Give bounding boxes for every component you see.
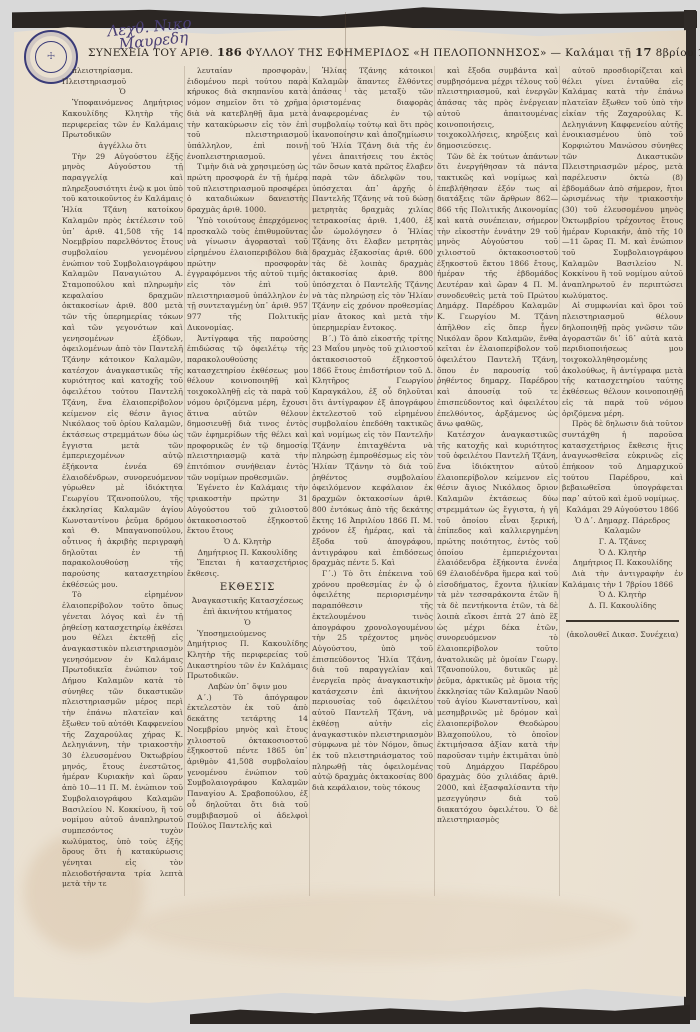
issue-month-year: 8βρίου 1866 <box>656 47 700 59</box>
paragraph: Ὑποσημειούμενος Δημήτριος Π. Κακουλίδης … <box>187 629 308 683</box>
paragraph: Λαβὼν ὑπ᾽ ὄψιν μου <box>187 682 308 693</box>
signature-title: Ὁ Δ. Κλητὴρ <box>187 537 308 548</box>
signature-title: Ὁ Δ΄. Δημαρχ. Πάρεδρος Καλαμῶν <box>562 516 683 537</box>
paragraph: Ἀντίγραφα τῆς παρούσης ἐπιδώσας τῷ ὀφειλ… <box>187 334 308 484</box>
signature-name: Δημήτριος Π. Κακουλίδης <box>187 548 308 559</box>
paragraph: Ἐγένετο ἐν Καλάμαις τὴν τριακοστὴν πρώτη… <box>187 483 308 537</box>
paragraph: Ὑπὸ τοιούτους ἐπερχόμενος προσκαλῶ τοὺς … <box>187 216 308 334</box>
paragraph: Β΄.) Τὸ ἀπὸ εἰκοστῆς τρίτης 23 Μαΐου μην… <box>312 334 433 569</box>
column-3: Ἠλίας Τζάνης κάτοικοι Καλαμῶν ἅπαντες ἔλ… <box>312 66 433 896</box>
paragraph: Α΄.) Τὸ ἀπόγραφον ἐκτελεστὸν ἐκ τοῦ ἀπὸ … <box>187 693 308 832</box>
section-heading: ΕΚΘΕΣΙΣ <box>187 583 308 594</box>
issue-day: 17 <box>635 45 652 59</box>
signature-name: Δ. Π. Κακουλίδης <box>562 601 683 612</box>
paragraph: Πρὸς δὲ δηλωσιν διὰ τοῦτον συντάχθη ἡ πα… <box>562 419 683 505</box>
masthead-prefix: ΣΥΝΕΧΕΙΑ ΤΟΥ ΑΡΙΘ. <box>88 47 213 59</box>
signature-title: Ὁ Δ. Κλητὴρ <box>562 548 683 559</box>
paragraph: Τὴν 29 Αὐγούστου ἐξῆς μηνὸς Αὐγούστου τῇ… <box>62 152 183 591</box>
signature-name: Δημήτριος Π. Κακουλίδης <box>562 558 683 569</box>
paragraph: Διὰ τὴν ἀντιγραφὴν ἐν Καλάμαις τὴν 1 7βρ… <box>562 569 683 590</box>
column-2: λευταίαν προσφορὰν, ἐιδομένου περὶ τούτο… <box>187 66 308 896</box>
section-subheading: Ἀναγκαστικῆς Κατασχέσεως ἐπὶ ἀκινήτου κτ… <box>187 596 308 617</box>
column-1: πλειστηρίασμα. Πλειστηριασμοῦ Ὁ Ὑποφαινό… <box>62 66 183 896</box>
paragraph: πλειστηρίασμα. Πλειστηριασμοῦ <box>62 66 183 87</box>
paragraph: Ὑποφαινόμενος Δημήτριος Κακουλίδης Κλητὴ… <box>62 98 183 141</box>
masthead: ΣΥΝΕΧΕΙΑ ΤΟΥ ΑΡΙΘ. 186 ΦΥΛΛΟΥ ΤΗΣ ΕΦΗΜΕΡ… <box>88 45 688 59</box>
column-4: καὶ ἔξοδα συμβάντα καὶ συμβησόμενα μέχρι… <box>437 66 558 896</box>
masthead-middle: ΦΥΛΛΟΥ ΤΗΣ ΕΦΗΜΕΡΙΔΟΣ «Η ΠΕΛΟΠΟΝΝΗΣΟΣ» —… <box>246 47 631 59</box>
paragraph: καὶ ἔξοδα συμβάντα καὶ συμβησόμενα μέχρι… <box>437 66 558 152</box>
paragraph: Κατέσχον ἀναγκαστικῶς τῆς κατοχῆς καὶ κυ… <box>437 430 558 826</box>
signature-name: Γ. Α. Τζάνες <box>562 537 683 548</box>
paper-stain <box>134 892 634 962</box>
paragraph: Γ΄.) Τὸ ὅτι ἐπέκεινα τοῦ χρόνου προθεσμί… <box>312 569 433 794</box>
paragraph: Τὸ εἰρημένον ἐλαιοπερίβολον τοῦτο ὅπως γ… <box>62 590 183 890</box>
paragraph: Ἕπεται ἡ κατασχετήριος ἔκθεσις. <box>187 558 308 579</box>
paragraph: Ἠλίας Τζάνης κάτοικοι Καλαμῶν ἅπαντες ἔλ… <box>312 66 433 334</box>
paragraph: Τῶν δὲ ἐκ τούτων ἀπάντων ὅτι ἐνεργήθησαν… <box>437 152 558 430</box>
paragraph: Ὁ <box>62 87 183 98</box>
paragraph: ἀγγέλλω ὅτι <box>62 141 183 152</box>
article-columns: πλειστηρίασμα. Πλειστηριασμοῦ Ὁ Ὑποφαινό… <box>62 66 688 896</box>
horizontal-rule <box>566 620 679 622</box>
paragraph: αὐτοῦ προσδιορίζεται καὶ θέλει γίνει ἐντ… <box>562 66 683 301</box>
issue-number: 186 <box>217 45 242 59</box>
paragraph: Ὁ <box>187 618 308 629</box>
continuation-note: (ἀκολουθεῖ Δικασ. Συνέχεια) <box>562 630 683 641</box>
column-5: αὐτοῦ προσδιορίζεται καὶ θέλει γίνει ἐντ… <box>562 66 683 896</box>
paragraph: Τιμὴν διὰ νὰ χρησιμεύσῃ ὡς πρώτη προσφορ… <box>187 162 308 216</box>
paragraph: λευταίαν προσφορὰν, ἐιδομένου περὶ τούτο… <box>187 66 308 162</box>
signature-title: Ὁ Δ. Κλητὴρ <box>562 590 683 601</box>
paragraph: Αἱ συμφωνίαι καὶ ὅροι τοῦ πλειστηριασμοῦ… <box>562 301 683 419</box>
dateline: Καλάμαι 29 Αὐγούστου 1866 <box>562 505 683 516</box>
